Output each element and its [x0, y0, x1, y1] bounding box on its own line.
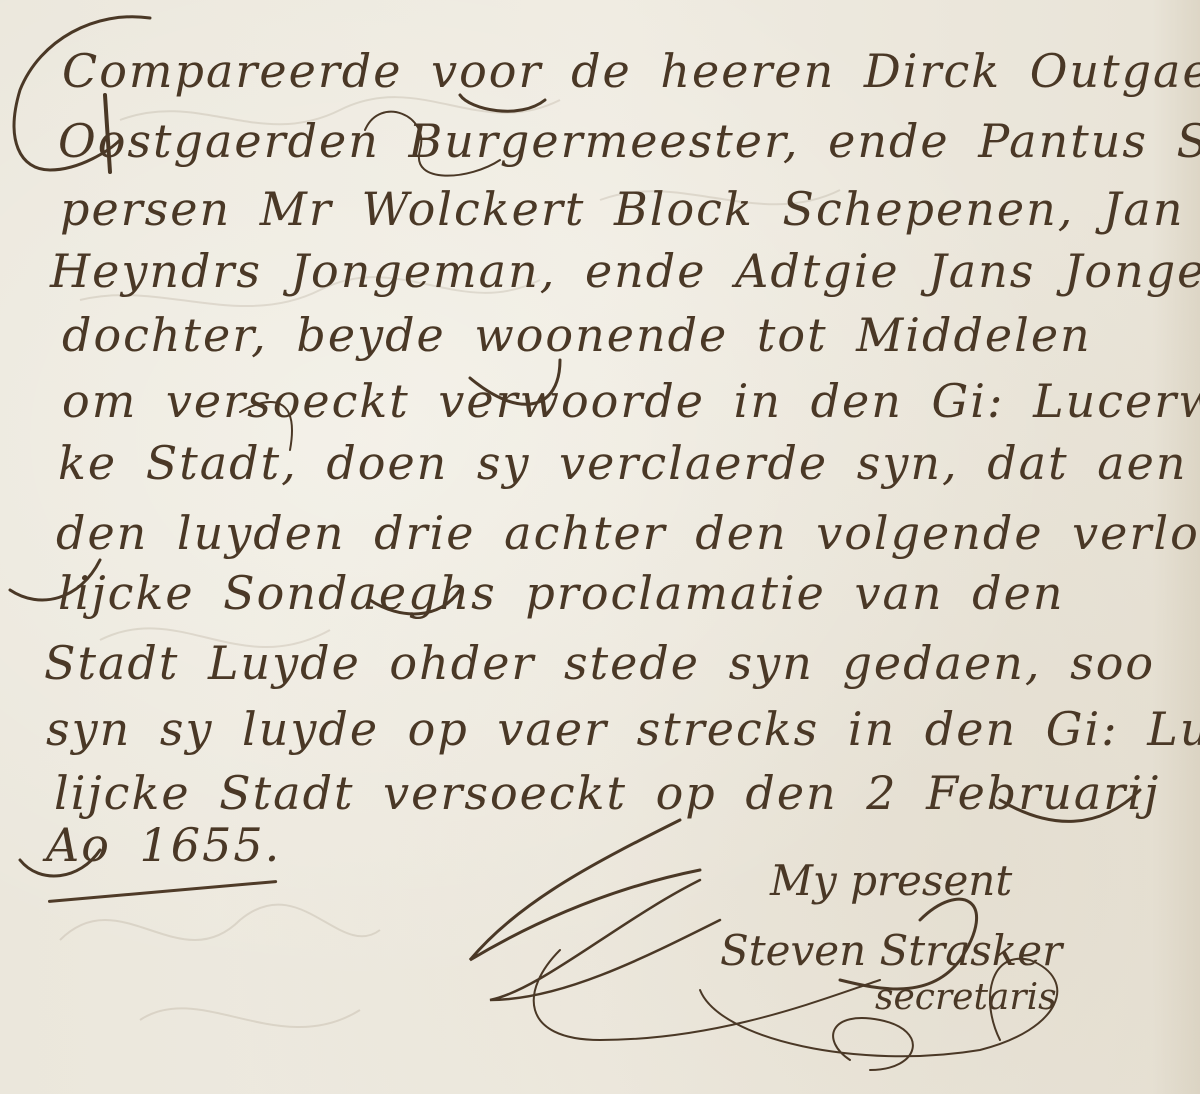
closing-rule [48, 880, 277, 903]
text-line-3: persen Mr Wolckert Block Schepenen, Jan [60, 186, 1184, 232]
text-line-4: Heyndrs Jongeman, ende Adtgie Jans Jonge [50, 248, 1200, 294]
signature-title: secretaris [875, 980, 1057, 1016]
signature-attestation: My present [770, 860, 1012, 902]
text-line-8: den luyden drie achter den volgende verl… [56, 510, 1200, 556]
text-line-12: lijcke Stadt versoeckt op den 2 Februari… [54, 770, 1160, 816]
text-line-11: syn sy luyde op vaer strecks in den Gi: … [46, 706, 1200, 752]
text-line-9: lijcke Sondaeghs proclamatie van den [58, 570, 1064, 616]
text-line-13-date: Ao 1655. [46, 822, 281, 868]
manuscript-page: Compareerde voor de heeren Dirck Outgaer… [0, 0, 1200, 1094]
text-line-6: om versoeckt verwoorde in den Gi: Lucerw… [62, 378, 1200, 424]
signature-name: Steven Strasker [720, 930, 1062, 972]
text-line-5: dochter, beyde woonende tot Middelen [62, 312, 1092, 358]
text-line-10: Stadt Luyde ohder stede syn gedaen, soo [44, 640, 1155, 686]
text-line-7: ke Stadt, doen sy verclaerde syn, dat ae… [58, 440, 1187, 486]
text-line-1: Compareerde voor de heeren Dirck Outgaer… [62, 48, 1200, 94]
text-line-2: Oostgaerden Burgermeester, ende Pantus S… [58, 118, 1200, 164]
